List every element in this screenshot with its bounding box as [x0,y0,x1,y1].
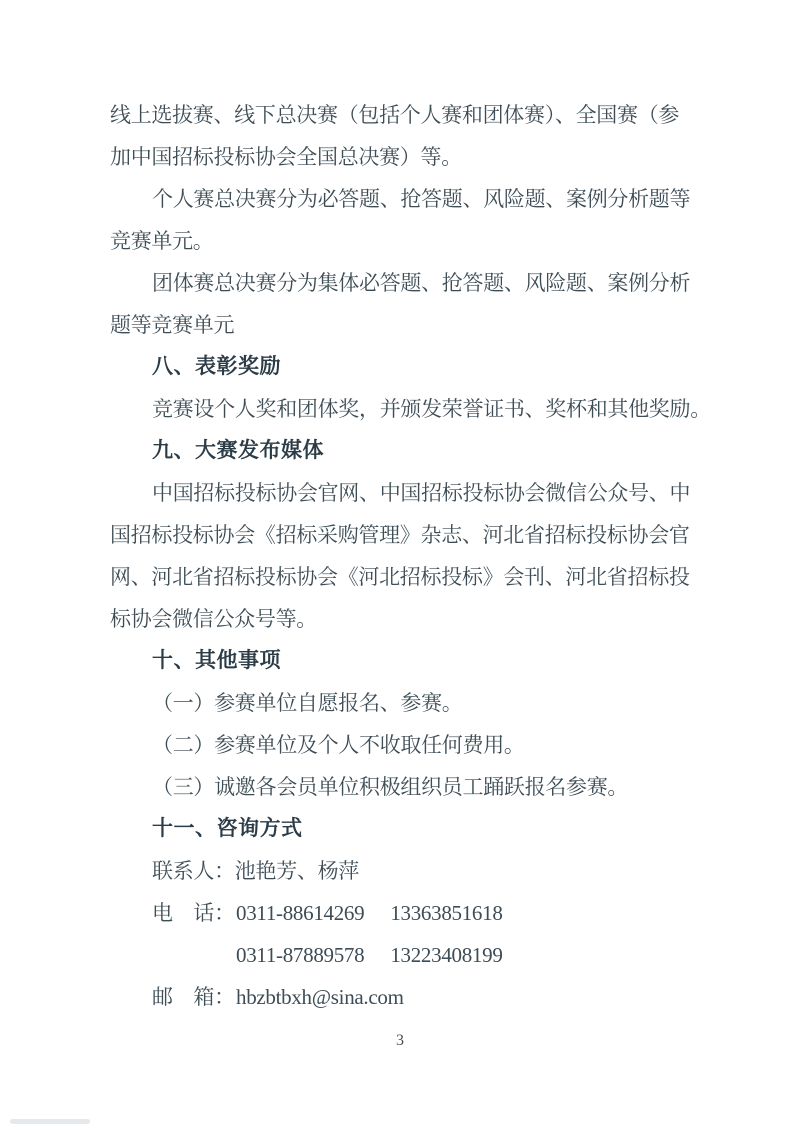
para-competition-format-line-2: 加中国招标投标协会全国总决赛）等。 [110,136,720,178]
section-media-line-3: 网、河北省招标投标协会《河北招标投标》会刊、河北省招标投 [110,556,720,598]
section-media-line-2: 国招标投标协会《招标采购管理》杂志、河北省招标投标协会官 [110,514,720,556]
section-other-item-2: （二）参赛单位及个人不收取任何费用。 [110,724,720,766]
page-number: 3 [0,1026,800,1056]
section-media-heading: 九、大赛发布媒体 [110,430,720,472]
phone-line-1: 电 话：0311-8861426913363851618 [110,892,720,934]
contact-person-line: 联系人：池艳芳、杨萍 [110,850,720,892]
section-other-item-3: （三）诚邀各会员单位积极组织员工踊跃报名参赛。 [110,766,720,808]
section-other-heading: 十、其他事项 [110,640,720,682]
scan-smudge-artifact [10,1119,90,1124]
phone-number-3: 0311-87889578 [236,934,364,976]
email-line: 邮 箱：hbzbtbxh@sina.com [110,976,720,1018]
phone-line-2: 0311-8788957813223408199 [110,934,720,976]
phone-number-2: 13363851618 [390,892,502,934]
para-competition-format-line-1: 线上选拔赛、线下总决赛（包括个人赛和团体赛）、全国赛（参 [110,94,720,136]
para-team-final-line-1: 团体赛总决赛分为集体必答题、抢答题、风险题、案例分析 [110,262,720,304]
section-consult-heading: 十一、咨询方式 [110,808,720,850]
para-individual-final-line-2: 竞赛单元。 [110,220,720,262]
phone-number-4: 13223408199 [390,934,502,976]
section-awards-heading: 八、表彰奖励 [110,346,720,388]
document-content: 线上选拔赛、线下总决赛（包括个人赛和团体赛）、全国赛（参 加中国招标投标协会全国… [110,94,720,1018]
section-other-item-1: （一）参赛单位自愿报名、参赛。 [110,682,720,724]
email-label: 邮 箱： [152,976,236,1018]
section-media-line-1: 中国招标投标协会官网、中国招标投标协会微信公众号、中 [110,472,720,514]
document-page: 线上选拔赛、线下总决赛（包括个人赛和团体赛）、全国赛（参 加中国招标投标协会全国… [0,0,800,1132]
phone-label: 电 话： [152,892,236,934]
phone-number-1: 0311-88614269 [236,892,364,934]
email-address: hbzbtbxh@sina.com [236,976,404,1018]
section-awards-line-1: 竞赛设个人奖和团体奖，并颁发荣誉证书、奖杯和其他奖励。 [110,388,720,430]
para-individual-final-line-1: 个人赛总决赛分为必答题、抢答题、风险题、案例分析题等 [110,178,720,220]
section-media-line-4: 标协会微信公众号等。 [110,598,720,640]
para-team-final-line-2: 题等竞赛单元 [110,304,720,346]
